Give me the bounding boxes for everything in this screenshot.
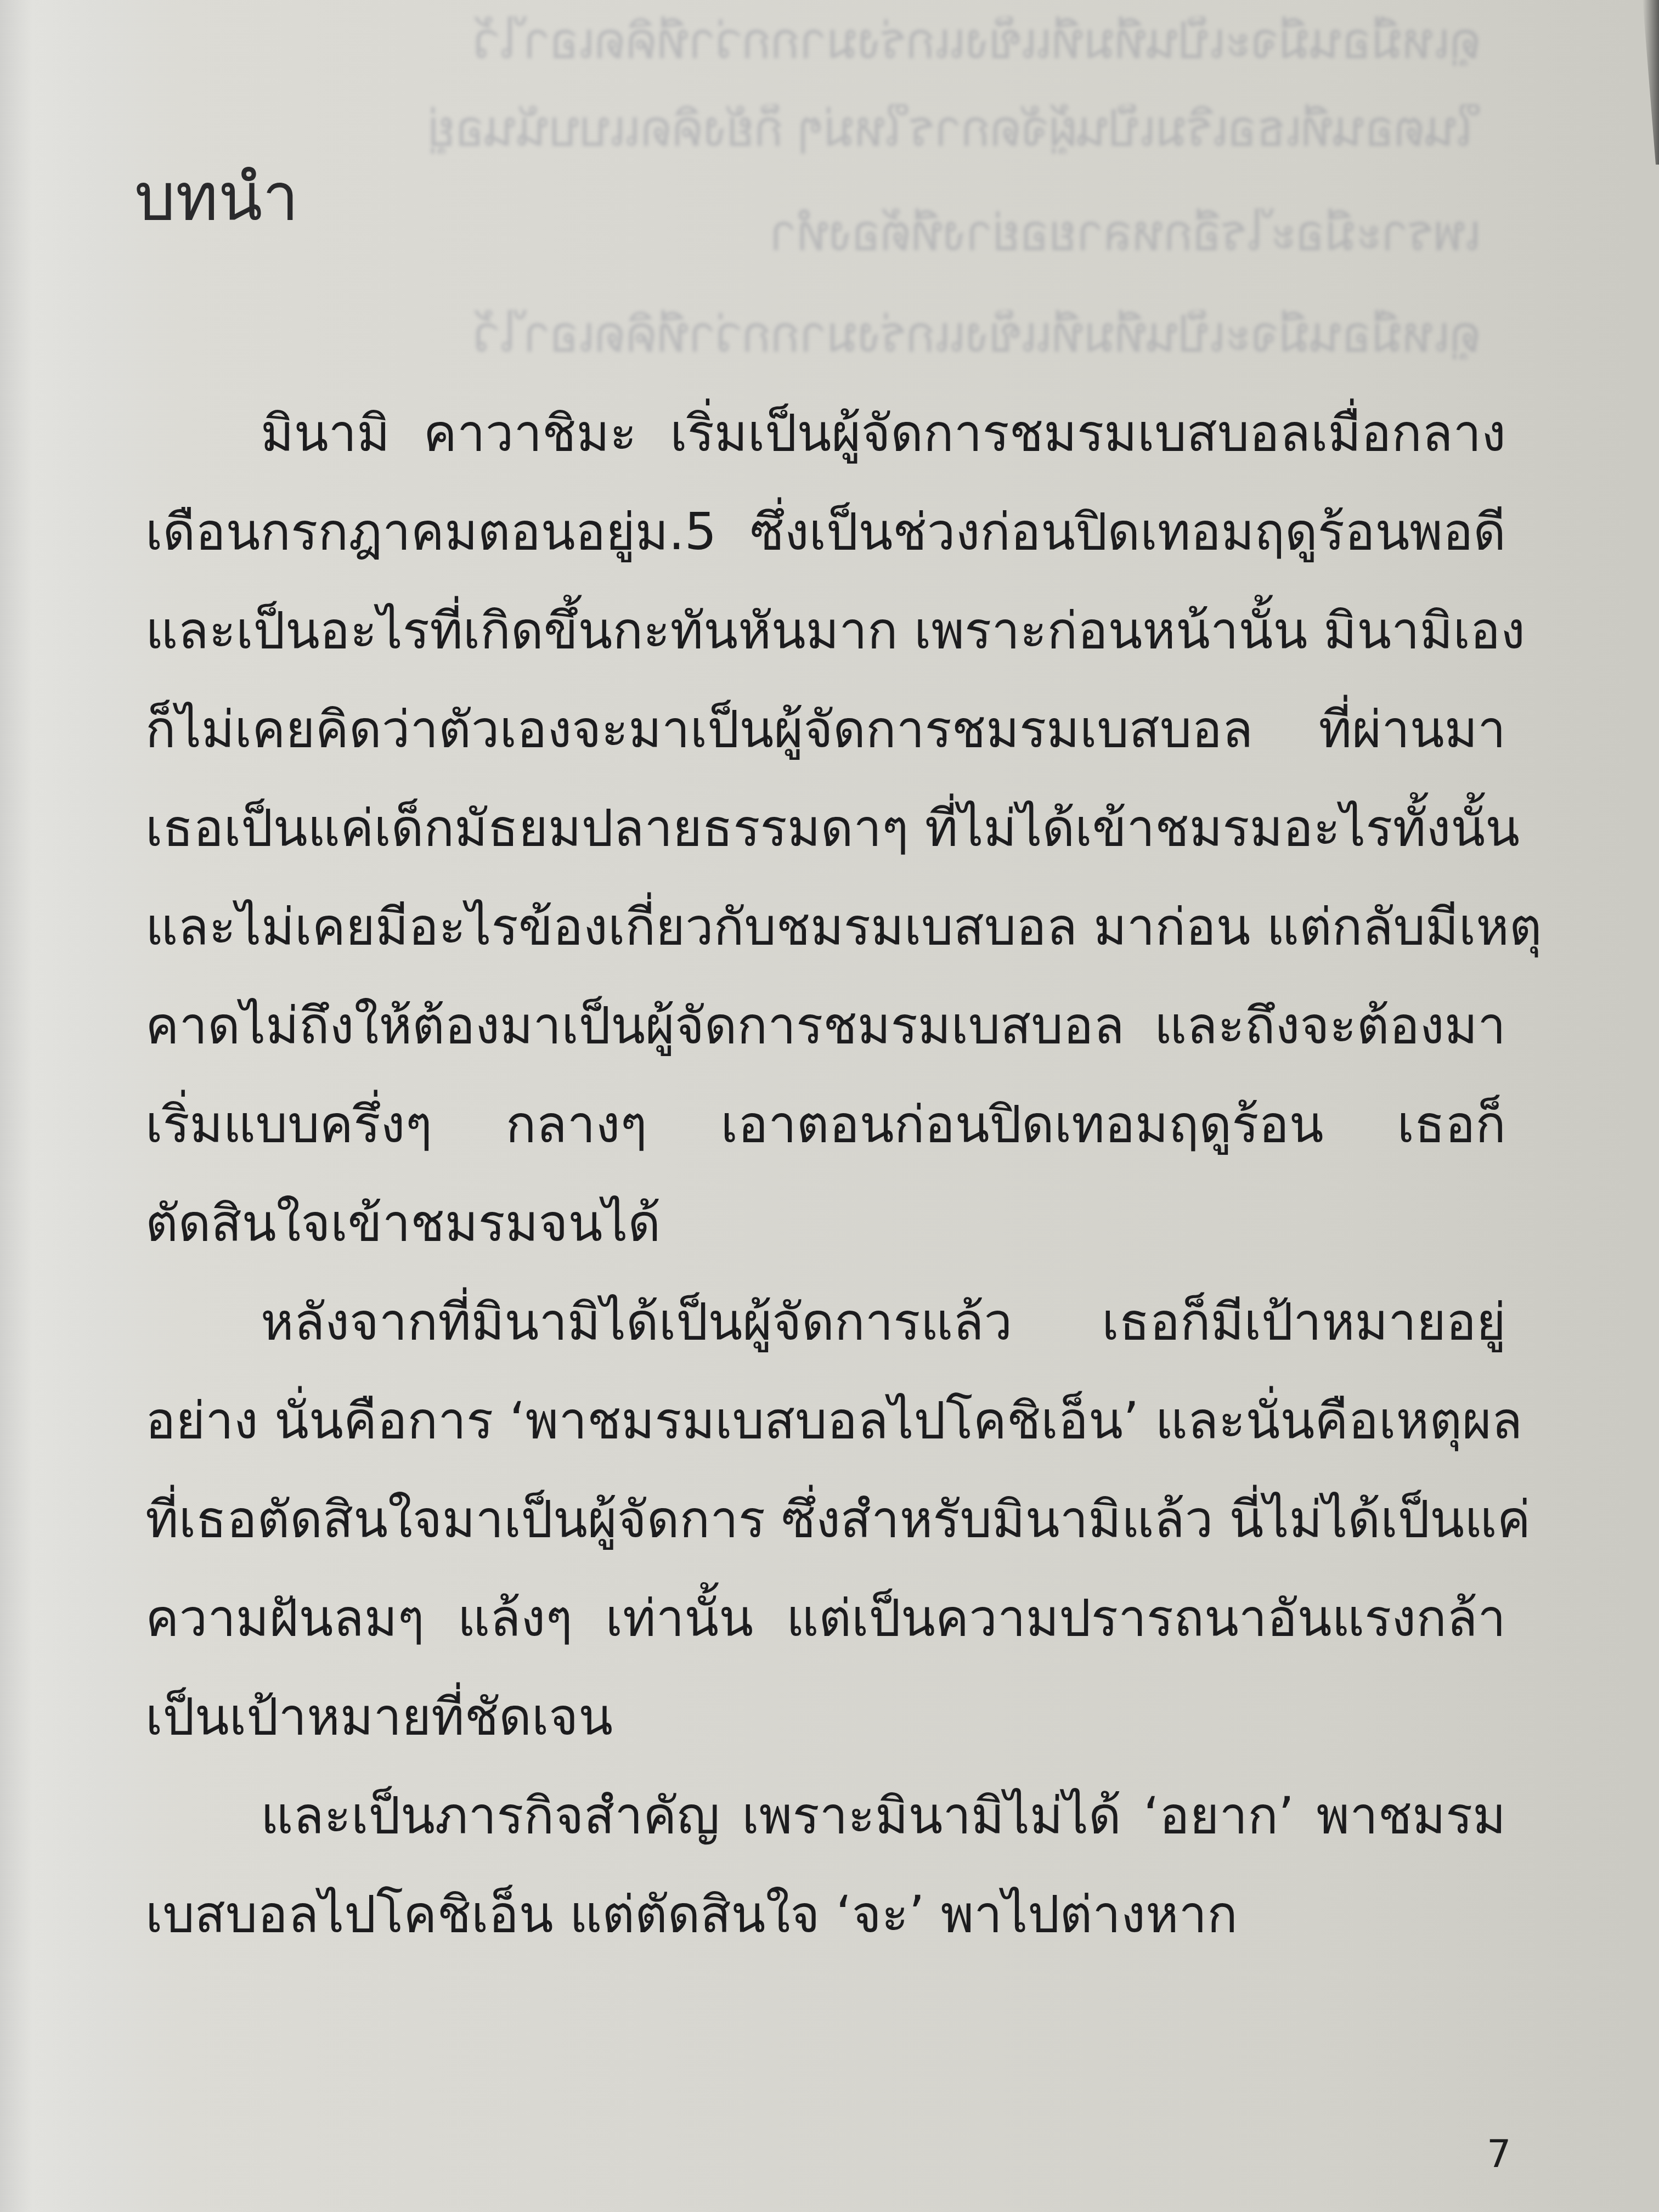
text-line: ก็ไม่เคยคิดว่าตัวเองจะมาเป็นผู้จัดการชมร… [145, 680, 1506, 779]
text-line: ที่เธอตัดสินใจมาเป็นผู้จัดการ ซึ่งสำหรับ… [145, 1470, 1506, 1569]
paragraph-2: หลังจากที่มินามิได้เป็นผู้จัดการแล้ว เธอ… [145, 1273, 1506, 1767]
text-line: ตัดสินใจเข้าชมรมจนได้ [145, 1174, 1506, 1273]
chapter-heading: บทนำ [134, 165, 299, 229]
bleed-through-text: ในตอนที่เธอเริ่มเป็นผู้จัดการใหม่ๆ ก็ยัง… [137, 104, 1481, 154]
text-line: และไม่เคยมีอะไรข้องเกี่ยวกับชมรมเบสบอล ม… [145, 878, 1506, 977]
text-line: ความฝันลมๆ แล้งๆ เท่านั้น แต่เป็นความปรา… [145, 1569, 1506, 1668]
text-line: เป็นเป้าหมายที่ชัดเจน [145, 1668, 1506, 1767]
page-edge-shadow [1643, 0, 1659, 165]
body-text: มินามิ คาวาชิมะ เริ่มเป็นผู้จัดการชมรมเบ… [145, 384, 1506, 1964]
text-line: เบสบอลไปโคชิเอ็น แต่ตัดสินใจ ‘จะ’ พาไปต่… [145, 1865, 1506, 1964]
text-line: เธอเป็นแค่เด็กมัธยมปลายธรรมดาๆ ที่ไม่ได้… [145, 779, 1506, 878]
text-line: และเป็นอะไรที่เกิดขึ้นกะทันหันมาก เพราะก… [145, 582, 1506, 680]
paragraph-1: มินามิ คาวาชิมะ เริ่มเป็นผู้จัดการชมรมเบ… [145, 384, 1506, 1273]
text-line: คาดไม่ถึงให้ต้องมาเป็นผู้จัดการชมรมเบสบอ… [145, 977, 1506, 1075]
text-line: มินามิ คาวาชิมะ เริ่มเป็นผู้จัดการชมรมเบ… [145, 384, 1506, 483]
gutter-shadow [0, 0, 33, 2212]
text-line: หลังจากที่มินามิได้เป็นผู้จัดการแล้ว เธอ… [145, 1273, 1506, 1372]
bleed-through-text: ดูเหมือนมีจะเป็นทีมที่แข็งแกร่งมากกว่าที… [137, 16, 1481, 66]
text-line: และเป็นภารกิจสำคัญ เพราะมินามิไม่ได้ ‘อย… [145, 1767, 1506, 1865]
paragraph-3: และเป็นภารกิจสำคัญ เพราะมินามิไม่ได้ ‘อย… [145, 1767, 1506, 1964]
page-number: 7 [1487, 2131, 1511, 2176]
bleed-through-text: ดูเหมือนมีจะเป็นทีมที่แข็งแกร่งมากกว่าที… [137, 310, 1481, 359]
text-line: อย่าง นั่นคือการ ‘พาชมรมเบสบอลไปโคชิเอ็น… [145, 1372, 1506, 1470]
text-line: เดือนกรกฎาคมตอนอยู่ม.5 ซึ่งเป็นช่วงก่อนป… [145, 483, 1506, 582]
text-line: เริ่มแบบครึ่งๆ กลางๆ เอาตอนก่อนปิดเทอมฤด… [145, 1075, 1506, 1174]
book-page: ดูเหมือนมีจะเป็นทีมที่แข็งแกร่งมากกว่าที… [0, 0, 1659, 2212]
bleed-through-text: เพราะมีอะไรอีกหลายอย่างที่ต้องทำ [137, 208, 1481, 258]
